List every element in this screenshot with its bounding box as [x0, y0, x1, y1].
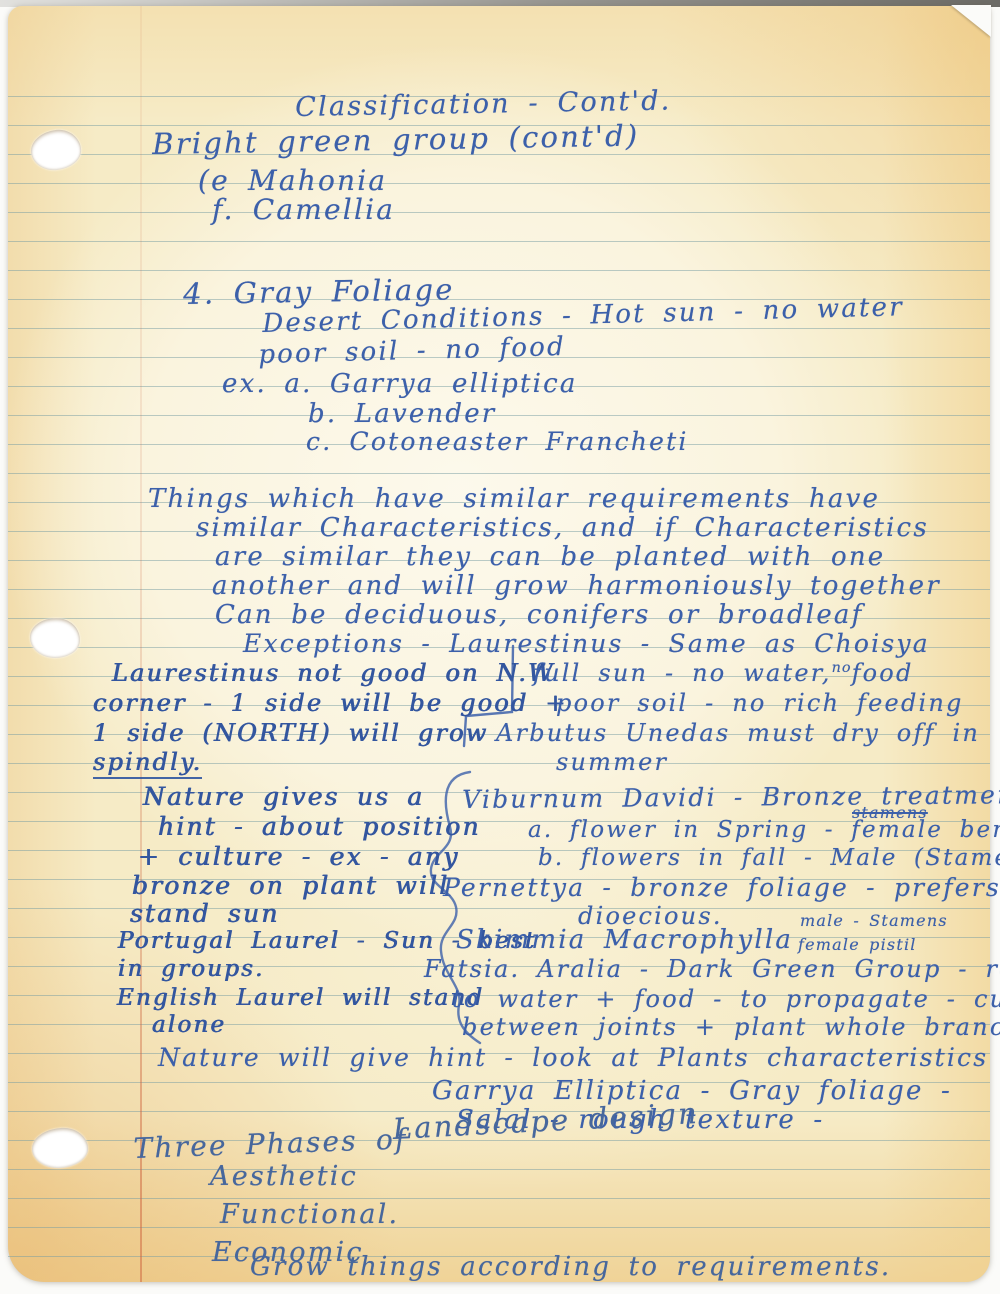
three-phases-item-functional: Functional.	[220, 1200, 399, 1230]
paragraph-line-1: Things which have similar requirements h…	[148, 485, 880, 514]
laurestinus-note-1: Laurestinus not good on N.W	[112, 660, 555, 686]
three-phases-item-aesthetic: Aesthetic	[210, 1162, 358, 1192]
list-item-camellia: f. Camellia	[212, 195, 395, 226]
laurel-note-3: English Laurel will stand	[117, 986, 484, 1011]
viburnum-note-3: b. flowers in fall - Male (Stamens)	[538, 846, 1000, 871]
choisya-note-1: full sun - no water,nofood	[533, 660, 914, 686]
gray-foliage-example-a: ex. a. Garrya elliptica	[222, 370, 578, 399]
paragraph-line-5: Can be deciduous, conifers or broadleaf	[215, 601, 863, 630]
laurestinus-note-2: corner - 1 side will be good +	[93, 690, 568, 716]
exceptions-line: Exceptions - Laurestinus - Same as Chois…	[243, 630, 930, 658]
gray-foliage-example-c: c. Cotoneaster Francheti	[306, 428, 689, 456]
nature-hint-4: bronze on plant will	[132, 872, 450, 900]
fatsia-note-2: to water + food - to propagate - cut	[452, 986, 1000, 1012]
fatsia-note-3: between joints + plant whole branch	[462, 1014, 1000, 1040]
page-title: Classification - Cont'd.	[295, 86, 672, 122]
clipped-corner	[951, 5, 991, 37]
choisya-superscript-no: no	[832, 660, 852, 676]
fatsia-note-1: Fatsia. Aralia - Dark Green Group - resp…	[424, 956, 1000, 982]
nature-hint-5: stand sun	[130, 900, 280, 928]
paragraph-line-4: another and will grow harmoniously toget…	[212, 572, 941, 601]
skimmia-male-annotation: male - Stamens	[800, 912, 948, 930]
skimmia-name: Skimmia Macrophylla	[456, 926, 793, 955]
choisya-note-1-text: full sun - no water,	[533, 659, 832, 687]
laurestinus-note-4: spindly.	[93, 748, 202, 779]
laurel-note-2: in groups.	[118, 957, 265, 982]
red-margin-line	[140, 6, 142, 1282]
paragraph-line-2: similar Characteristics, and if Characte…	[196, 514, 929, 543]
gray-foliage-example-b: b. Lavender	[308, 400, 496, 429]
nature-hint-1: Nature gives us a	[143, 783, 425, 811]
nature-hint-3: + culture - ex - any	[138, 843, 460, 871]
laurel-note-4: alone	[152, 1013, 226, 1038]
arbutus-note-1: Arbutus Unedas must dry off in	[496, 720, 980, 746]
arbutus-note-2: summer	[556, 749, 668, 775]
scanned-notebook-page: Classification - Cont'd. Bright green gr…	[0, 0, 1000, 1294]
skimmia-female-annotation: female pistil	[798, 936, 917, 954]
footer-note: Grow things according to requirements.	[250, 1253, 891, 1282]
choisya-note-1-end: food	[852, 659, 914, 687]
nature-characteristics-1: Nature will give hint - look at Plants c…	[158, 1044, 988, 1072]
laurestinus-note-3: 1 side (NORTH) will grow	[93, 720, 489, 746]
pernettya-note-1: Pernettya - bronze foliage - prefers sun	[443, 874, 1000, 902]
paragraph-line-3: are similar they can be planted with one	[215, 543, 885, 572]
nature-hint-2: hint - about position	[158, 813, 481, 841]
choisya-note-2: poor soil - no rich feeding	[556, 690, 964, 716]
viburnum-note-2: a. flower in Spring - female berries	[528, 818, 1000, 843]
